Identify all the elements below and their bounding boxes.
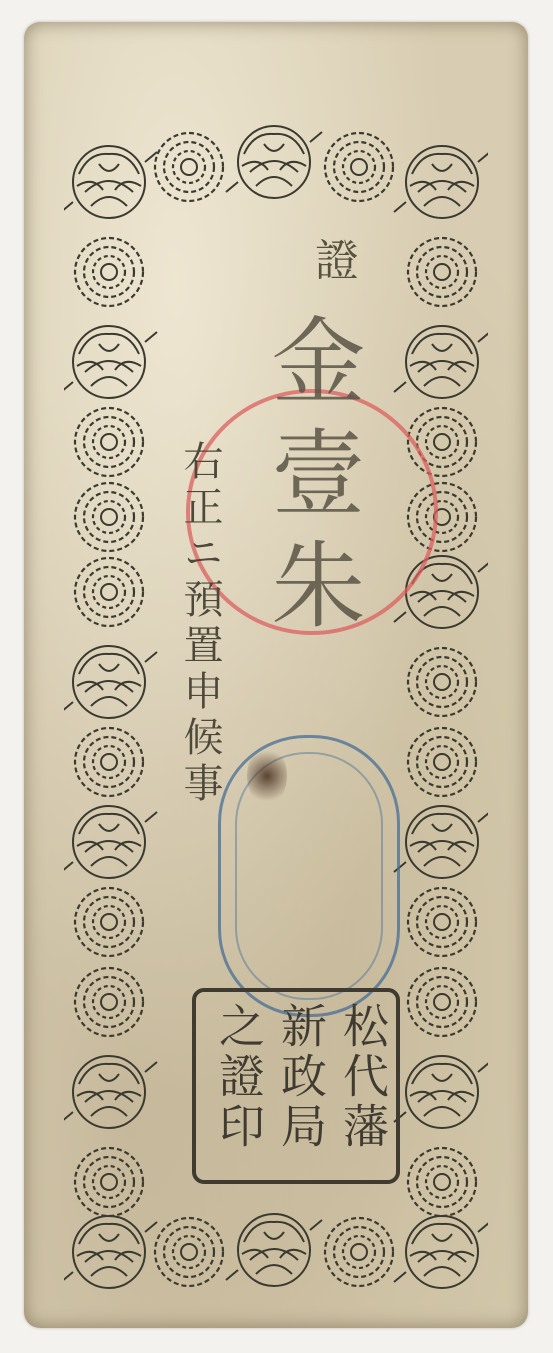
seal-column-2: 新政局 (278, 1002, 324, 1152)
seal-column-1: 松代藩 (340, 1002, 386, 1152)
denomination-text: 金壹朱 (242, 312, 377, 648)
banknote: 證 金壹朱 右正ニ預置申候事 松代藩 新政局 之證印 (24, 22, 528, 1328)
certificate-header: 證 (300, 237, 364, 285)
seal-column-3: 之證印 (216, 1002, 262, 1152)
deposit-statement: 右正ニ預置申候事 (172, 440, 229, 808)
square-issuer-seal: 松代藩 新政局 之證印 (192, 988, 400, 1184)
ink-blot (247, 746, 287, 806)
blue-oval-seal (218, 735, 400, 1017)
